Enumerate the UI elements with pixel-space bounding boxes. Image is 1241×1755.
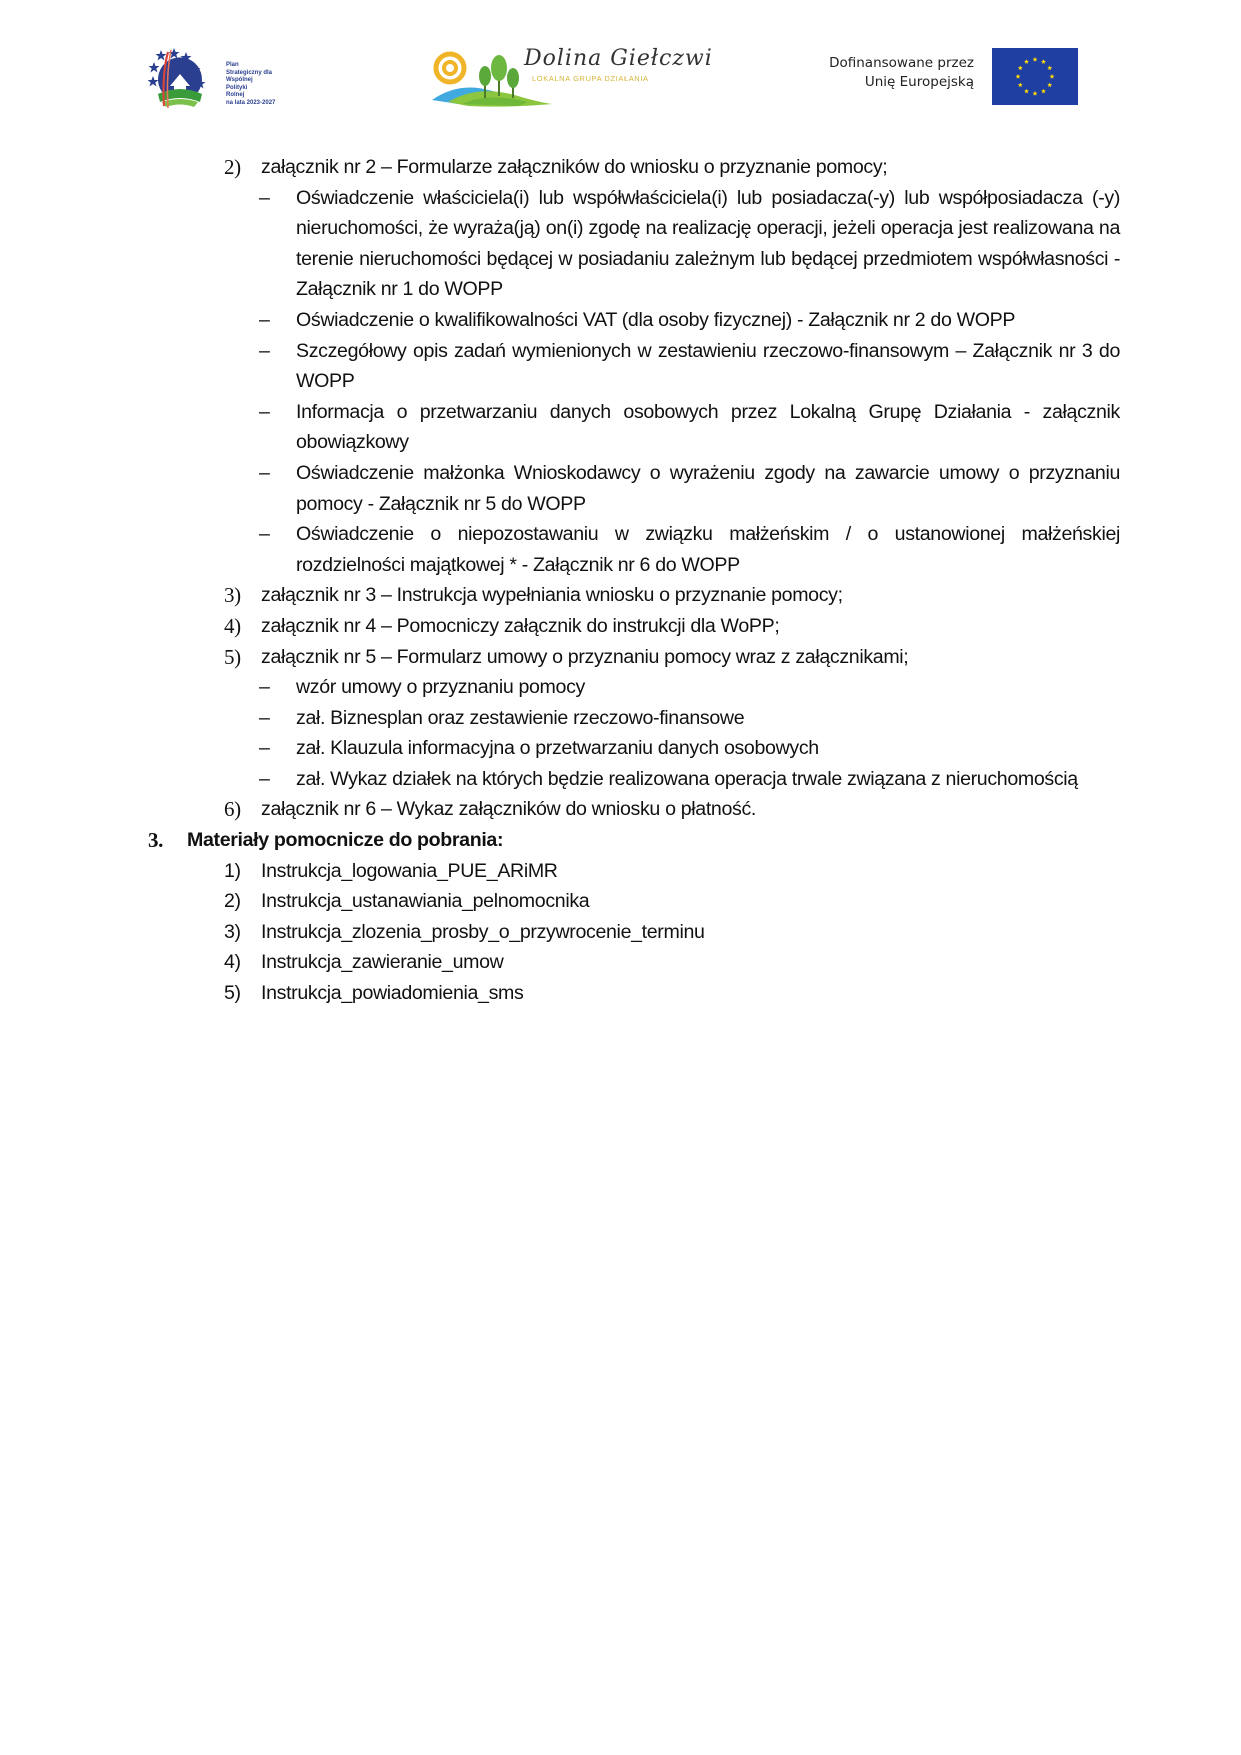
dolina-gietczwi-logo: Dolina Giełczwi LOKALNA GRUPA DZIAŁANIA [428, 42, 698, 108]
material-item-text[interactable]: Instrukcja_logowania_PUE_ARiMR [261, 860, 558, 882]
list-item-number: 6) [224, 794, 241, 825]
attachments-list: 2)załącznik nr 2 – Formularze załącznikó… [0, 152, 1241, 825]
material-item-number: 4) [224, 947, 241, 978]
material-item[interactable]: 4)Instrukcja_zawieranie_umow [0, 947, 1241, 978]
section-number: 3. [148, 825, 163, 856]
sub-list-item-text: zał. Klauzula informacyjna o przetwarzan… [296, 737, 819, 759]
list-item-text: załącznik nr 3 – Instrukcja wypełniania … [261, 584, 843, 606]
eu-cofunded-logo: Dofinansowane przez Unię Europejską [808, 48, 1078, 106]
sub-list-item-text: Oświadczenie o kwalifikowalności VAT (dl… [296, 309, 1015, 331]
sub-list-item: –zał. Biznesplan oraz zestawienie rzeczo… [0, 703, 1241, 734]
sub-list-item: –zał. Wykaz działek na których będzie re… [0, 764, 1241, 795]
material-item[interactable]: 1)Instrukcja_logowania_PUE_ARiMR [0, 856, 1241, 887]
dash-bullet-icon: – [259, 183, 270, 214]
list-item: 6)załącznik nr 6 – Wykaz załączników do … [0, 794, 1241, 825]
sub-list-item: –Oświadczenie o kwalifikowalności VAT (d… [0, 305, 1241, 336]
list-item-text: załącznik nr 2 – Formularze załączników … [261, 156, 887, 178]
list-item-number: 4) [224, 611, 241, 642]
dash-bullet-icon: – [259, 305, 270, 336]
list-item: 3)załącznik nr 3 – Instrukcja wypełniani… [0, 580, 1241, 611]
sub-list-item-text: Oświadczenie małżonka Wnioskodawcy o wyr… [296, 462, 1120, 515]
eu-cofunded-text: Dofinansowane przez Unię Europejską [829, 54, 974, 92]
dash-bullet-icon: – [259, 458, 270, 489]
plan-strategiczny-logo: Plan Strategiczny dla Wspólnej Polityki … [148, 44, 288, 110]
sub-list-item-text: Szczegółowy opis zadań wymienionych w ze… [296, 340, 1120, 393]
sub-list-item: –zał. Klauzula informacyjna o przetwarza… [0, 733, 1241, 764]
sub-list-item-text: Oświadczenie o niepozostawaniu w związku… [296, 523, 1120, 576]
material-item-text[interactable]: Instrukcja_zawieranie_umow [261, 951, 503, 973]
dash-bullet-icon: – [259, 764, 270, 795]
dash-bullet-icon: – [259, 519, 270, 550]
sub-list-item: –Oświadczenie małżonka Wnioskodawcy o wy… [0, 458, 1241, 519]
list-item: 4)załącznik nr 4 – Pomocniczy załącznik … [0, 611, 1241, 642]
sub-list-item-text: wzór umowy o przyznaniu pomocy [296, 676, 585, 698]
sub-list-item: –wzór umowy o przyznaniu pomocy [0, 672, 1241, 703]
list-item-number: 3) [224, 580, 241, 611]
list-item-text: załącznik nr 4 – Pomocniczy załącznik do… [261, 615, 779, 637]
sub-list-item-text: zał. Wykaz działek na których będzie rea… [296, 768, 1078, 790]
sub-list-item-text: zał. Biznesplan oraz zestawienie rzeczow… [296, 707, 744, 729]
sub-list-item-text: Informacja o przetwarzaniu danych osobow… [296, 401, 1120, 454]
material-item-text[interactable]: Instrukcja_ustanawiania_pelnomocnika [261, 890, 589, 912]
material-item-text[interactable]: Instrukcja_powiadomienia_sms [261, 982, 523, 1004]
document-body: 2)załącznik nr 2 – Formularze załącznikó… [0, 152, 1241, 1009]
material-item[interactable]: 3)Instrukcja_zlozenia_prosby_o_przywroce… [0, 917, 1241, 948]
plan-strategiczny-emblem-icon [148, 44, 210, 110]
dash-bullet-icon: – [259, 672, 270, 703]
sub-list-item: –Oświadczenie o niepozostawaniu w związk… [0, 519, 1241, 580]
sub-list-item: –Informacja o przetwarzaniu danych osobo… [0, 397, 1241, 458]
section-heading: 3. Materiały pomocnicze do pobrania: [0, 825, 1241, 856]
dash-bullet-icon: – [259, 397, 270, 428]
list-item-text: załącznik nr 5 – Formularz umowy o przyz… [261, 646, 908, 668]
list-item: 2)załącznik nr 2 – Formularze załącznikó… [0, 152, 1241, 183]
materials-list: 1)Instrukcja_logowania_PUE_ARiMR2)Instru… [0, 856, 1241, 1009]
section-title: Materiały pomocnicze do pobrania: [187, 829, 503, 851]
sub-list-item-text: Oświadczenie właściciela(i) lub współwła… [296, 187, 1120, 301]
sub-list-item: –Oświadczenie właściciela(i) lub współwł… [0, 183, 1241, 305]
material-item-number: 1) [224, 856, 241, 887]
material-item-number: 5) [224, 978, 241, 1009]
material-item[interactable]: 5)Instrukcja_powiadomienia_sms [0, 978, 1241, 1009]
page-header: Plan Strategiczny dla Wspólnej Polityki … [0, 38, 1241, 110]
material-item[interactable]: 2)Instrukcja_ustanawiania_pelnomocnika [0, 886, 1241, 917]
dash-bullet-icon: – [259, 703, 270, 734]
lgd-subtitle: LOKALNA GRUPA DZIAŁANIA [532, 74, 649, 83]
list-item-number: 2) [224, 152, 241, 183]
material-item-number: 2) [224, 886, 241, 917]
material-item-number: 3) [224, 917, 241, 948]
list-item-number: 5) [224, 642, 241, 673]
list-item: 5)załącznik nr 5 – Formularz umowy o prz… [0, 642, 1241, 673]
eu-flag-icon [992, 48, 1078, 105]
plan-strategiczny-text: Plan Strategiczny dla Wspólnej Polityki … [226, 62, 296, 108]
lgd-title: Dolina Giełczwi [524, 46, 713, 71]
dash-bullet-icon: – [259, 733, 270, 764]
sub-list-item: –Szczegółowy opis zadań wymienionych w z… [0, 336, 1241, 397]
material-item-text[interactable]: Instrukcja_zlozenia_prosby_o_przywroceni… [261, 921, 705, 943]
list-item-text: załącznik nr 6 – Wykaz załączników do wn… [261, 798, 756, 820]
dash-bullet-icon: – [259, 336, 270, 367]
